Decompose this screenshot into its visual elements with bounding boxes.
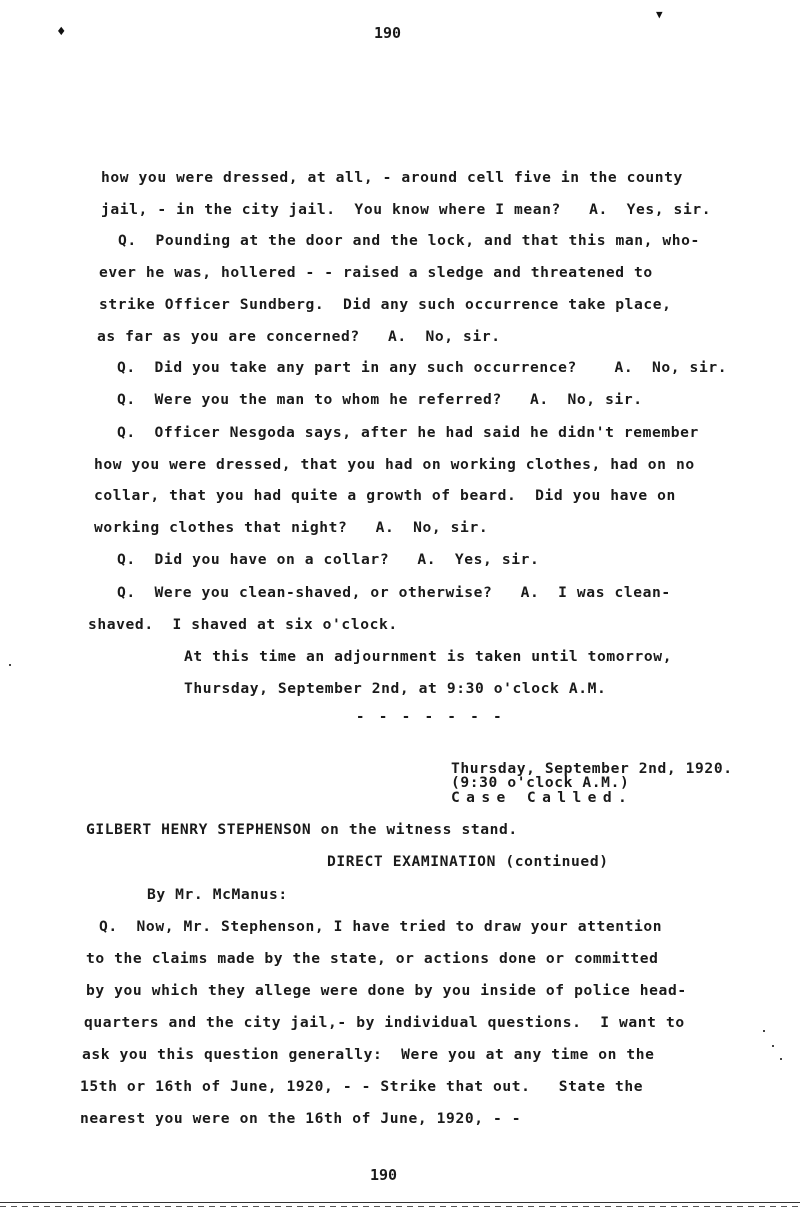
transcript-line: by you which they allege were done by yo… (86, 981, 687, 1001)
witness-line: GILBERT HENRY STEPHENSON on the witness … (86, 820, 518, 840)
margin-mark-right: ▼ (656, 8, 663, 21)
transcript-line: how you were dressed, at all, - around c… (101, 168, 683, 188)
transcript-line: jail, - in the city jail. You know where… (101, 200, 711, 220)
transcript-line: Q. Were you the man to whom he referred?… (117, 390, 643, 410)
scan-speck (763, 1030, 765, 1032)
page-number-top: 190 (374, 24, 401, 42)
transcript-line: how you were dressed, that you had on wo… (94, 455, 695, 475)
transcript-line: quarters and the city jail,- by individu… (84, 1013, 685, 1033)
adjournment-note: At this time an adjournment is taken unt… (184, 647, 672, 667)
transcript-line: as far as you are concerned? A. No, sir. (97, 327, 501, 347)
transcript-line: Q. Pounding at the door and the lock, an… (118, 231, 700, 251)
section-title: DIRECT EXAMINATION (continued) (327, 852, 609, 872)
transcript-line: shaved. I shaved at six o'clock. (88, 615, 398, 635)
transcript-line: nearest you were on the 16th of June, 19… (80, 1109, 521, 1129)
transcript-page: ♦ ▼ 190 how you were dressed, at all, - … (0, 0, 800, 1209)
page-bottom-edge-shadow (0, 1206, 800, 1207)
transcript-line: Q. Now, Mr. Stephenson, I have tried to … (99, 917, 662, 937)
examiner-line: By Mr. McManus: (147, 885, 288, 905)
transcript-line: Q. Were you clean-shaved, or otherwise? … (117, 583, 671, 603)
page-number-bottom: 190 (370, 1166, 397, 1184)
transcript-line: strike Officer Sundberg. Did any such oc… (99, 295, 672, 315)
case-called: Case Called. (451, 791, 633, 804)
session-time: (9:30 o'clock A.M.) (451, 776, 629, 789)
section-separator: - - - - - - - (356, 709, 505, 725)
scan-speck (780, 1058, 782, 1060)
transcript-line: Q. Officer Nesgoda says, after he had sa… (117, 423, 699, 443)
transcript-line: 15th or 16th of June, 1920, - - Strike t… (80, 1077, 643, 1097)
transcript-line: Q. Did you take any part in any such occ… (117, 358, 727, 378)
transcript-line: Q. Did you have on a collar? A. Yes, sir… (117, 550, 539, 570)
transcript-line: collar, that you had quite a growth of b… (94, 486, 676, 506)
scan-speck (772, 1045, 774, 1047)
transcript-line: ever he was, hollered - - raised a sledg… (99, 263, 653, 283)
page-bottom-edge (0, 1202, 800, 1203)
adjournment-note: Thursday, September 2nd, at 9:30 o'clock… (184, 679, 606, 699)
margin-mark-left: ♦ (57, 24, 65, 40)
scan-speck (9, 664, 11, 666)
transcript-line: ask you this question generally: Were yo… (82, 1045, 655, 1065)
transcript-line: working clothes that night? A. No, sir. (94, 518, 488, 538)
transcript-line: to the claims made by the state, or acti… (86, 949, 659, 969)
